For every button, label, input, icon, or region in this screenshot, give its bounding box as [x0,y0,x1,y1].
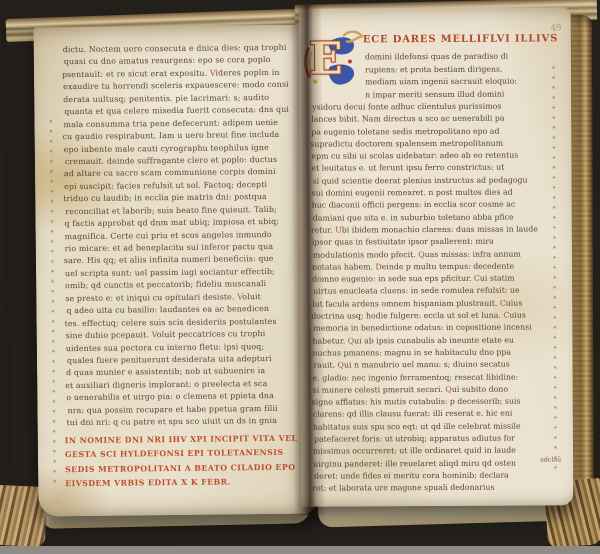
manuscript-line: psentauit: et re sicut erat expositu. Vi… [62,67,306,82]
margin-note: adclaū [540,456,561,463]
folio-number: 49 [550,23,562,34]
manuscript-line: patefaceret foris: ut utrobiq; apparatus… [314,433,556,447]
left-text-block: dictu. Noctem uero consecuta e dnica die… [63,43,311,431]
manuscript-line: nra: qua possim recupare et habe ppetua … [67,403,311,418]
manuscript-line: rupiens: et prota bestiam dirigens. [365,64,561,78]
manuscript-line: signo afflatus: his mutis cutabulis: p d… [312,397,554,411]
illuminated-initial: E [300,29,364,93]
manuscript-line: et auxiliari digneris implorant: o preel… [65,378,309,393]
manuscript-photo: dictu. Noctem uero consecuta e dnica die… [0,0,600,554]
manuscript-line: quanta et qua celere misedia fuerit cons… [64,105,308,120]
manuscript-line: mediam uiam ingenii sacrauit eloquio: [365,77,561,91]
incipit-heading: ECE DARES MELLIFLVI ILLIVS [363,33,563,45]
initial-letter: E [309,30,343,88]
manuscript-line: cremauit. deinde suffragante clero et po… [65,155,309,170]
manuscript-line: sare. His qq; et aliis infinita numeri b… [64,254,308,269]
manuscript-line: memoria in benedictione odatus: in copos… [313,323,555,337]
manuscript-line: supradictu doctorem spalensem metropolit… [310,138,552,152]
manuscript-line: si quid scientie deerat plenius instruct… [313,175,555,189]
manuscript-line: ret: et laborata ure magone spuali dedon… [312,483,554,497]
left-page: dictu. Noctem uero consecuta e dnica die… [33,25,314,517]
manuscript-line: uirtus enucleata cluens: in sede romulea… [313,286,555,300]
right-text-block: 49 E ECE DARES MELLIFLVI ILLIVS domini i… [299,7,574,506]
manuscript-line: ysidoru decui fonte adhuc clientulus pur… [312,101,554,115]
manuscript-line: reconciliat et laborib; suis beato fine … [65,204,309,219]
manuscript-line: tui dni nri: q cu patre et spu sco uiuit… [67,416,311,431]
indented-lines: domini ildefonsi quas de paradiso di rup… [365,51,561,102]
manuscript-line: domini ildefonsi quas de paradiso di [365,51,561,65]
floor-strip [0,546,600,554]
manuscript-line: quales fuere penituerunt desiderata uita… [67,354,311,369]
manuscript-line: tes. effectuq; celere suis scis desideri… [64,316,308,331]
manuscript-line: cu gaudio respirabunt. Iam u uero breui … [63,130,307,145]
manuscript-line: retur. Ubi ibidem monachio clarens: duas… [311,224,553,238]
rubric-line: EIVSDEM VRBIS EDITA X K FEBR. [65,477,311,494]
rubric-block: IN NOMINE DNI NRI IHV XPI INCIPIT VITA V… [65,434,312,494]
manuscript-line: rauit. Qui n manubrio uel manu: s; diuin… [314,360,556,374]
pricking-holes-left [49,119,56,487]
right-page: 49 E ECE DARES MELLIFLVI ILLIVS domini i… [299,7,574,506]
right-lines: ysidoru decui fonte adhuc clientulus pur… [311,101,555,496]
manuscript-line: modulationis modo pfecit. Quas missas: i… [313,249,555,263]
